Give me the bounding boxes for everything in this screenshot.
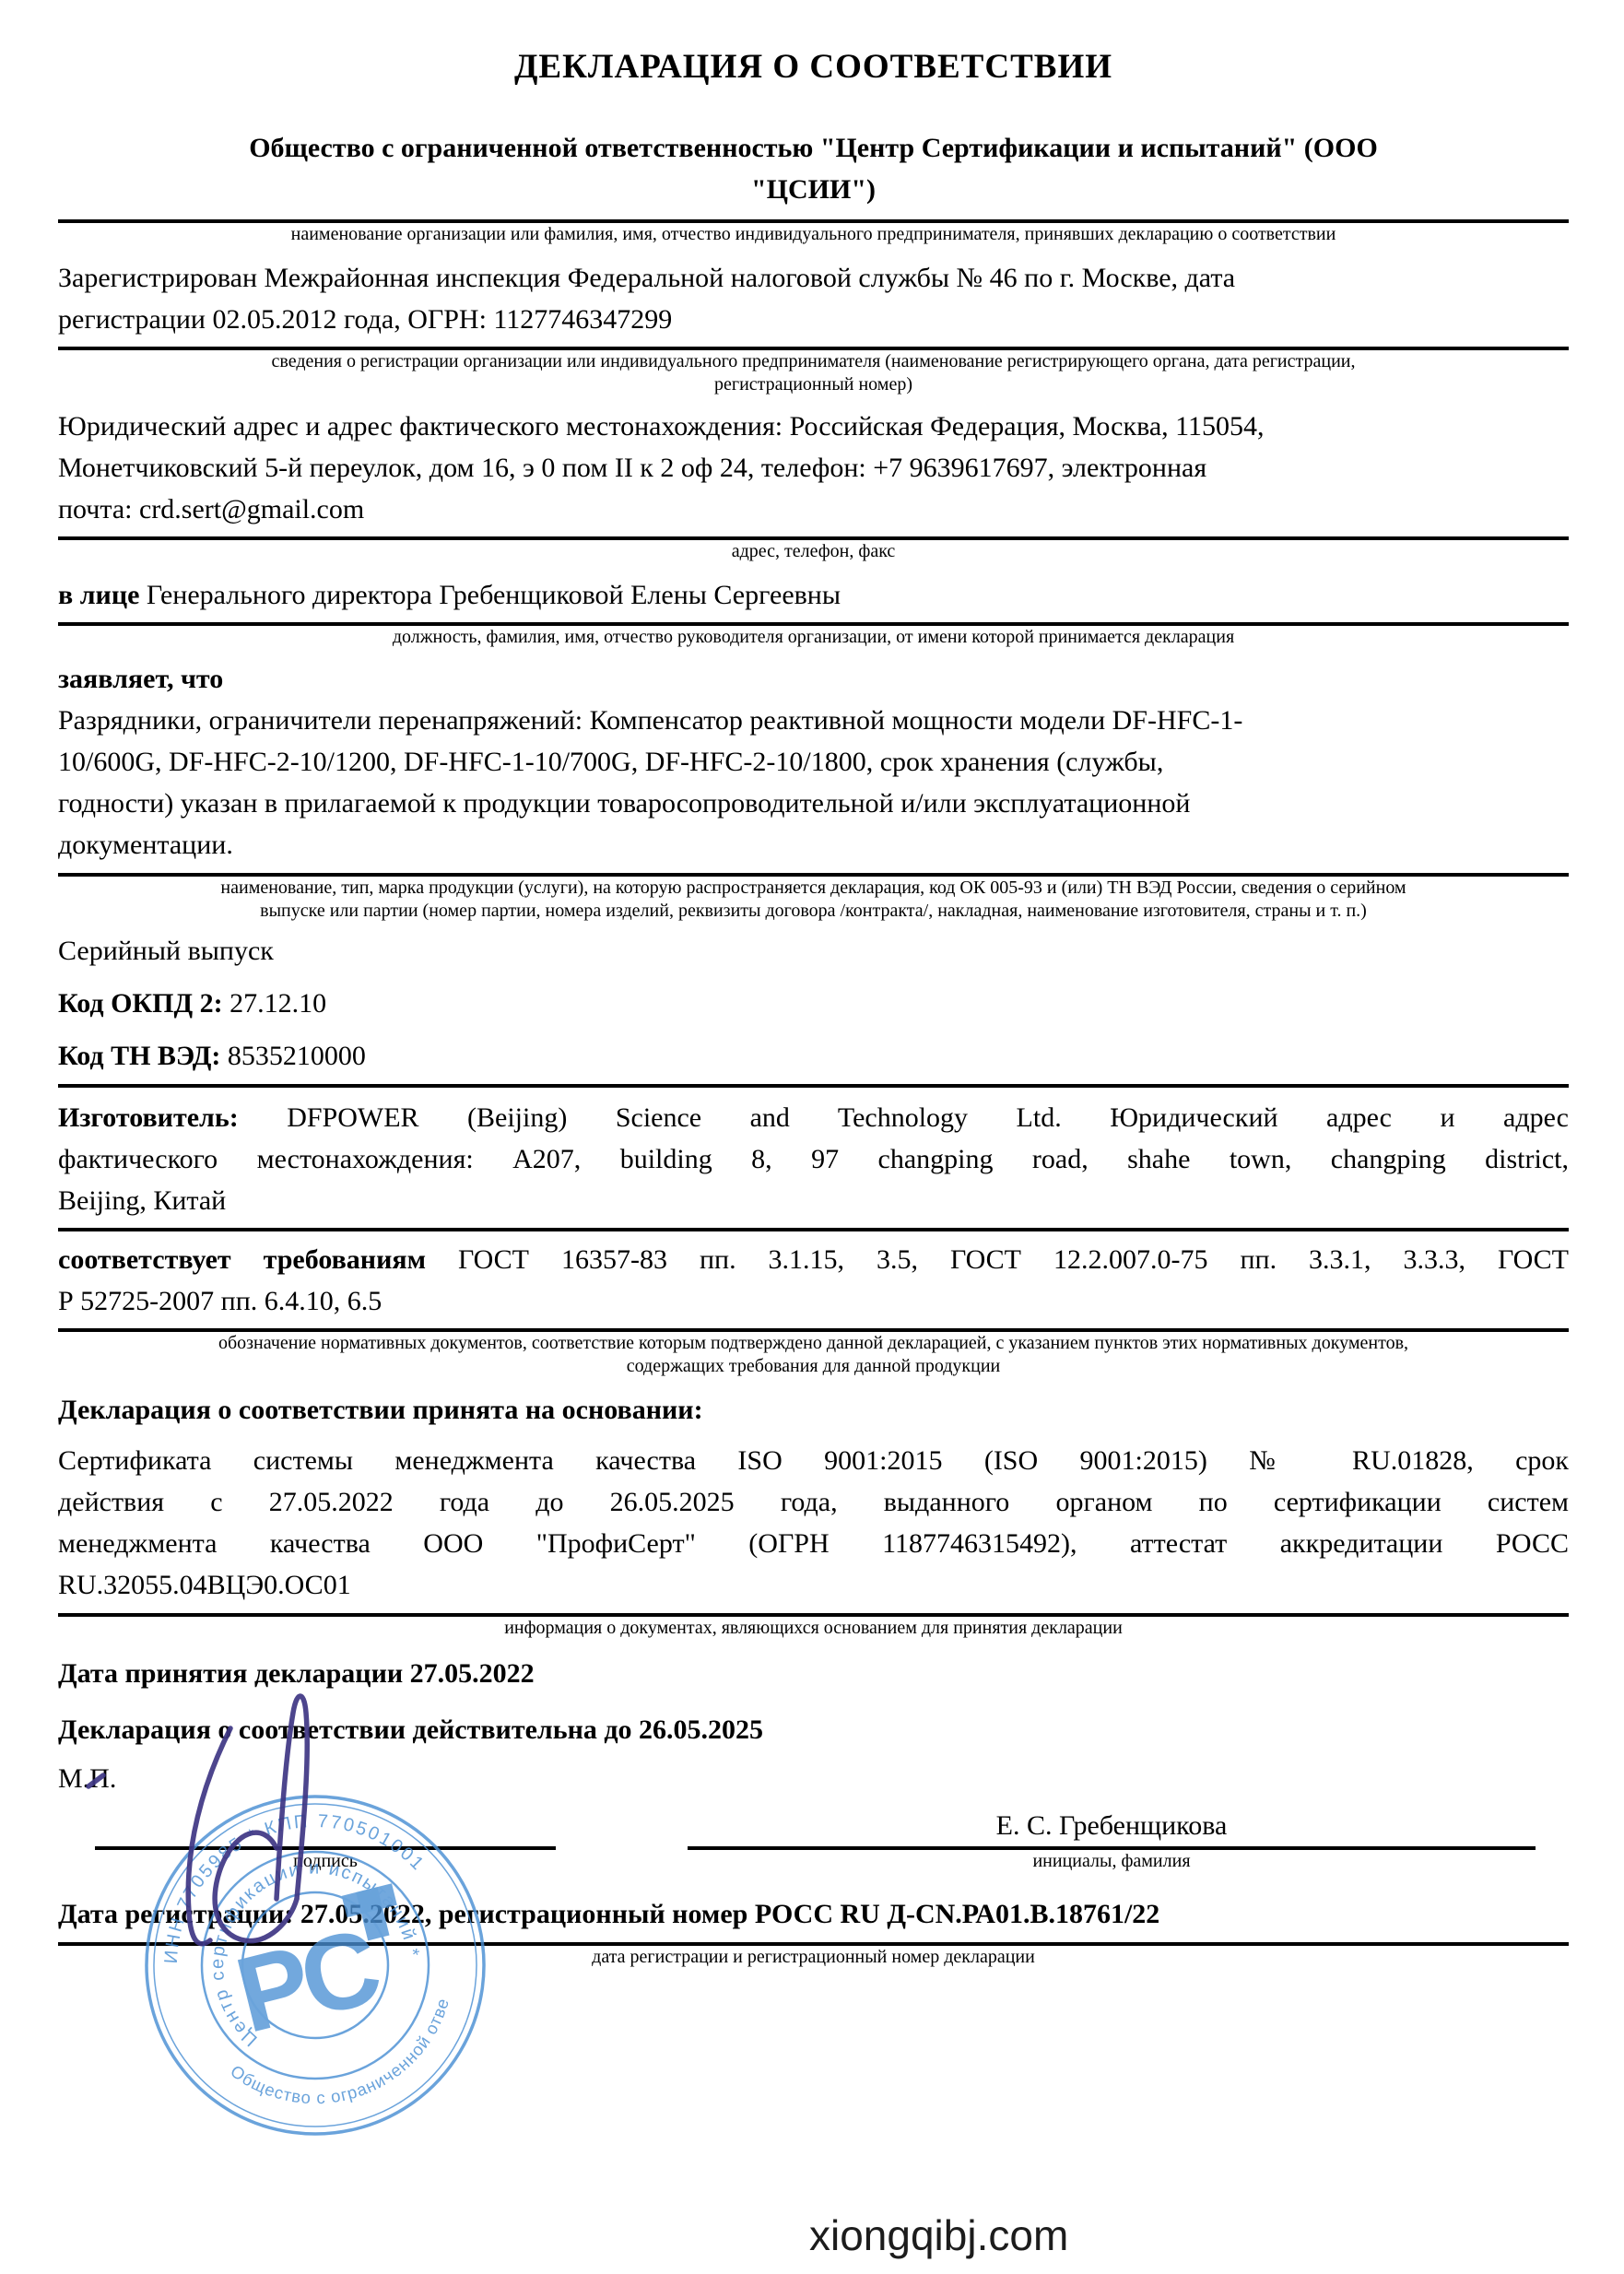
declaration-document: ДЕКЛАРАЦИЯ О СООТВЕТСТВИИ Общество с огр… bbox=[0, 0, 1624, 2274]
signatory-name: Е. С. Гребенщикова bbox=[688, 1805, 1536, 1846]
head-caption: должность, фамилия, имя, отчество руково… bbox=[58, 626, 1569, 649]
compliance-line1: соответствует требованиям ГОСТ 16357-83 … bbox=[58, 1239, 1569, 1280]
signature-caption: подпись bbox=[95, 1850, 556, 1873]
registration-record-caption: дата регистрации и регистрационный номер… bbox=[58, 1946, 1569, 1969]
registration-info: Зарегистрирован Межрайонная инспекция Фе… bbox=[58, 257, 1569, 340]
registration-caption: сведения о регистрации организации или и… bbox=[159, 350, 1468, 396]
signatory-caption: инициалы, фамилия bbox=[688, 1850, 1536, 1873]
stamp-place-mark: М.П. bbox=[58, 1758, 1569, 1799]
watermark-site: xiongqibj.com bbox=[809, 2210, 1068, 2260]
address-caption: адрес, телефон, факс bbox=[58, 540, 1569, 563]
signature-row: подпись Е. С. Гребенщикова инициалы, фам… bbox=[58, 1805, 1569, 1873]
address-info: Юридический адрес и адрес фактического м… bbox=[58, 406, 1569, 530]
product-caption: наименование, тип, марка продукции (услу… bbox=[65, 877, 1562, 923]
tnved-code-line: Код ТН ВЭД: 8535210000 bbox=[58, 1035, 1569, 1077]
tnved-value: 8535210000 bbox=[220, 1041, 366, 1071]
signature-block: подпись bbox=[95, 1805, 556, 1873]
valid-until-line: Декларация о соответствии действительна … bbox=[58, 1709, 1569, 1750]
okpd-code-line: Код ОКПД 2: 27.12.10 bbox=[58, 983, 1569, 1024]
document-title: ДЕКЛАРАЦИЯ О СООТВЕТСТВИИ bbox=[58, 44, 1569, 90]
compliance-paragraph: соответствует требованиям ГОСТ 16357-83 … bbox=[58, 1239, 1569, 1322]
compliance-caption: обозначение нормативных документов, соот… bbox=[101, 1332, 1525, 1378]
okpd-value: 27.12.10 bbox=[223, 988, 327, 1019]
compliance-text: ГОСТ 16357-83 пп. 3.1.15, 3.5, ГОСТ 12.2… bbox=[426, 1244, 1569, 1275]
declarant-name: Общество с ограниченной ответственностью… bbox=[58, 127, 1569, 210]
product-description: Разрядники, ограничители перенапряжений:… bbox=[58, 700, 1569, 866]
tnved-label: Код ТН ВЭД: bbox=[58, 1041, 220, 1071]
basis-caption: информация о документах, являющихся осно… bbox=[58, 1617, 1569, 1640]
basis-heading: Декларация о соответствии принята на осн… bbox=[58, 1389, 1569, 1431]
compliance-rest: Р 52725-2007 пп. 6.4.10, 6.5 bbox=[58, 1280, 1569, 1322]
registration-record-line: Дата регистрации: 27.05.2022, регистраци… bbox=[58, 1893, 1569, 1935]
basis-paragraph: Сертификата системы менеджмента качества… bbox=[58, 1440, 1569, 1606]
signatory-block: Е. С. Гребенщикова инициалы, фамилия bbox=[688, 1805, 1536, 1873]
declares-heading: заявляет, что bbox=[58, 658, 1569, 700]
head-name: Генерального директора Гребенщиковой Еле… bbox=[139, 580, 841, 610]
head-of-org-line: в лице Генерального директора Гребенщико… bbox=[58, 574, 1569, 616]
document-content: ДЕКЛАРАЦИЯ О СООТВЕТСТВИИ Общество с огр… bbox=[0, 0, 1624, 1969]
signature-space bbox=[95, 1805, 556, 1846]
manufacturer-label: Изготовитель: bbox=[58, 1102, 239, 1133]
compliance-label: соответствует требованиям bbox=[58, 1244, 426, 1275]
head-label: в лице bbox=[58, 580, 139, 610]
divider bbox=[58, 1228, 1569, 1231]
adoption-date-line: Дата принятия декларации 27.05.2022 bbox=[58, 1653, 1569, 1694]
okpd-label: Код ОКПД 2: bbox=[58, 988, 223, 1019]
manufacturer-line1: Изготовитель: DFPOWER (Beijing) Science … bbox=[58, 1097, 1569, 1138]
serial-release: Серийный выпуск bbox=[58, 930, 1569, 972]
manufacturer-paragraph: Изготовитель: DFPOWER (Beijing) Science … bbox=[58, 1097, 1569, 1221]
declarant-caption: наименование организации или фамилия, им… bbox=[58, 223, 1569, 246]
divider bbox=[58, 1084, 1569, 1088]
manufacturer-text: DFPOWER (Beijing) Science and Technology… bbox=[239, 1102, 1569, 1133]
manufacturer-rest: фактического местонахождения: A207, buil… bbox=[58, 1138, 1569, 1221]
